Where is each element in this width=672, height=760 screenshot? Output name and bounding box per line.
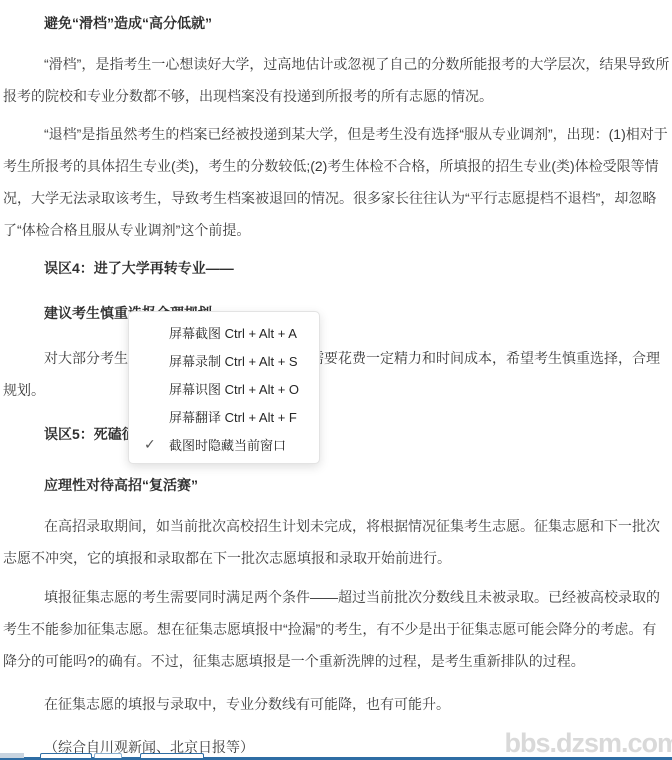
background-sheet-tab[interactable] — [94, 753, 122, 758]
menu-item-screen-record[interactable]: 屏幕录制 Ctrl + Alt + S — [129, 346, 319, 374]
menu-item-label: 屏幕翻译 Ctrl + Alt + F — [169, 407, 297, 426]
heading-wuqu4-sub: 建议考生慎重选报合理规划 — [3, 297, 670, 329]
site-watermark: bbs.dzsm.com — [504, 728, 672, 759]
paragraph-zhengji3: 在征集志愿的填报与录取中，专业分数线有可能降，也有可能升。 — [3, 688, 670, 720]
paragraph-tuidang: “退档”是指虽然考生的档案已经被投递到某大学，但是考生没有选择“服从专业调剂”，… — [3, 118, 670, 246]
menu-item-screen-capture[interactable]: 屏幕截图 Ctrl + Alt + A — [129, 318, 319, 346]
background-sheet-tab[interactable] — [40, 753, 92, 758]
article-page: 避免“滑档”造成“高分低就” “滑档”，是指考生一心想读好大学，过高地估计或忽视… — [0, 0, 672, 760]
paragraph-zhengji1: 在高招录取期间，如当前批次高校招生计划未完成，将根据情况征集考生志愿。征集志愿和… — [3, 510, 670, 574]
menu-item-label: 屏幕识图 Ctrl + Alt + O — [169, 379, 299, 398]
checkmark-icon: ✓ — [144, 430, 156, 458]
background-window-edge — [0, 753, 24, 758]
article-title: 避免“滑档”造成“高分低就” — [3, 7, 670, 39]
paragraph-zhengji2: 填报征集志愿的考生需要同时满足两个条件——超过当前批次分数线且未被录取。已经被高… — [3, 581, 670, 677]
screenshot-context-menu: 屏幕截图 Ctrl + Alt + A 屏幕录制 Ctrl + Alt + S … — [128, 311, 320, 464]
menu-item-hide-window-when-capture[interactable]: ✓ 截图时隐藏当前窗口 — [129, 430, 319, 458]
heading-wuqu4: 误区4：进了大学再转专业—— — [3, 252, 670, 284]
paragraph-huadang: “滑档”，是指考生一心想读好大学，过高地估计或忽视了自己的分数所能报考的大学层次… — [3, 48, 670, 112]
heading-fuhuosai: 应理性对待高招“复活赛” — [3, 469, 670, 501]
menu-item-label: 截图时隐藏当前窗口 — [169, 435, 286, 454]
heading-wuqu5: 误区5：死磕征集志愿—— — [3, 418, 670, 450]
paragraph-zhuanye: 对大部分考生来说，进入大学后再转专业也需要花费一定精力和时间成本，希望考生慎重选… — [3, 342, 670, 406]
menu-item-label: 屏幕截图 Ctrl + Alt + A — [169, 323, 297, 342]
menu-item-screen-ocr[interactable]: 屏幕识图 Ctrl + Alt + O — [129, 374, 319, 402]
menu-item-screen-translate[interactable]: 屏幕翻译 Ctrl + Alt + F — [129, 402, 319, 430]
background-sheet-tab[interactable] — [140, 753, 204, 758]
menu-item-label: 屏幕录制 Ctrl + Alt + S — [169, 351, 298, 370]
